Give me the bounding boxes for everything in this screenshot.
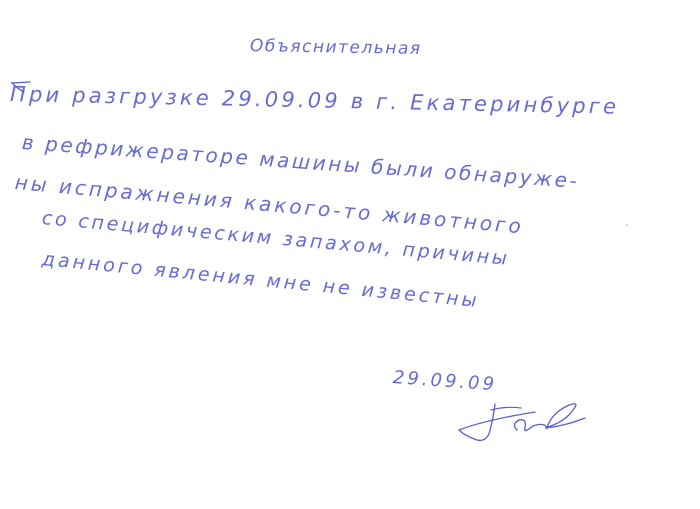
document-title: Объяснительная <box>250 36 422 59</box>
handwritten-document: Объяснительная При разгрузке 29.09.09 в … <box>0 0 700 509</box>
signature-date: 29.09.09 <box>392 367 497 395</box>
signature-icon <box>455 400 595 445</box>
body-line-1: При разгрузке 29.09.09 в г. Екатеринбург… <box>10 82 620 119</box>
paper-speck <box>626 224 628 226</box>
